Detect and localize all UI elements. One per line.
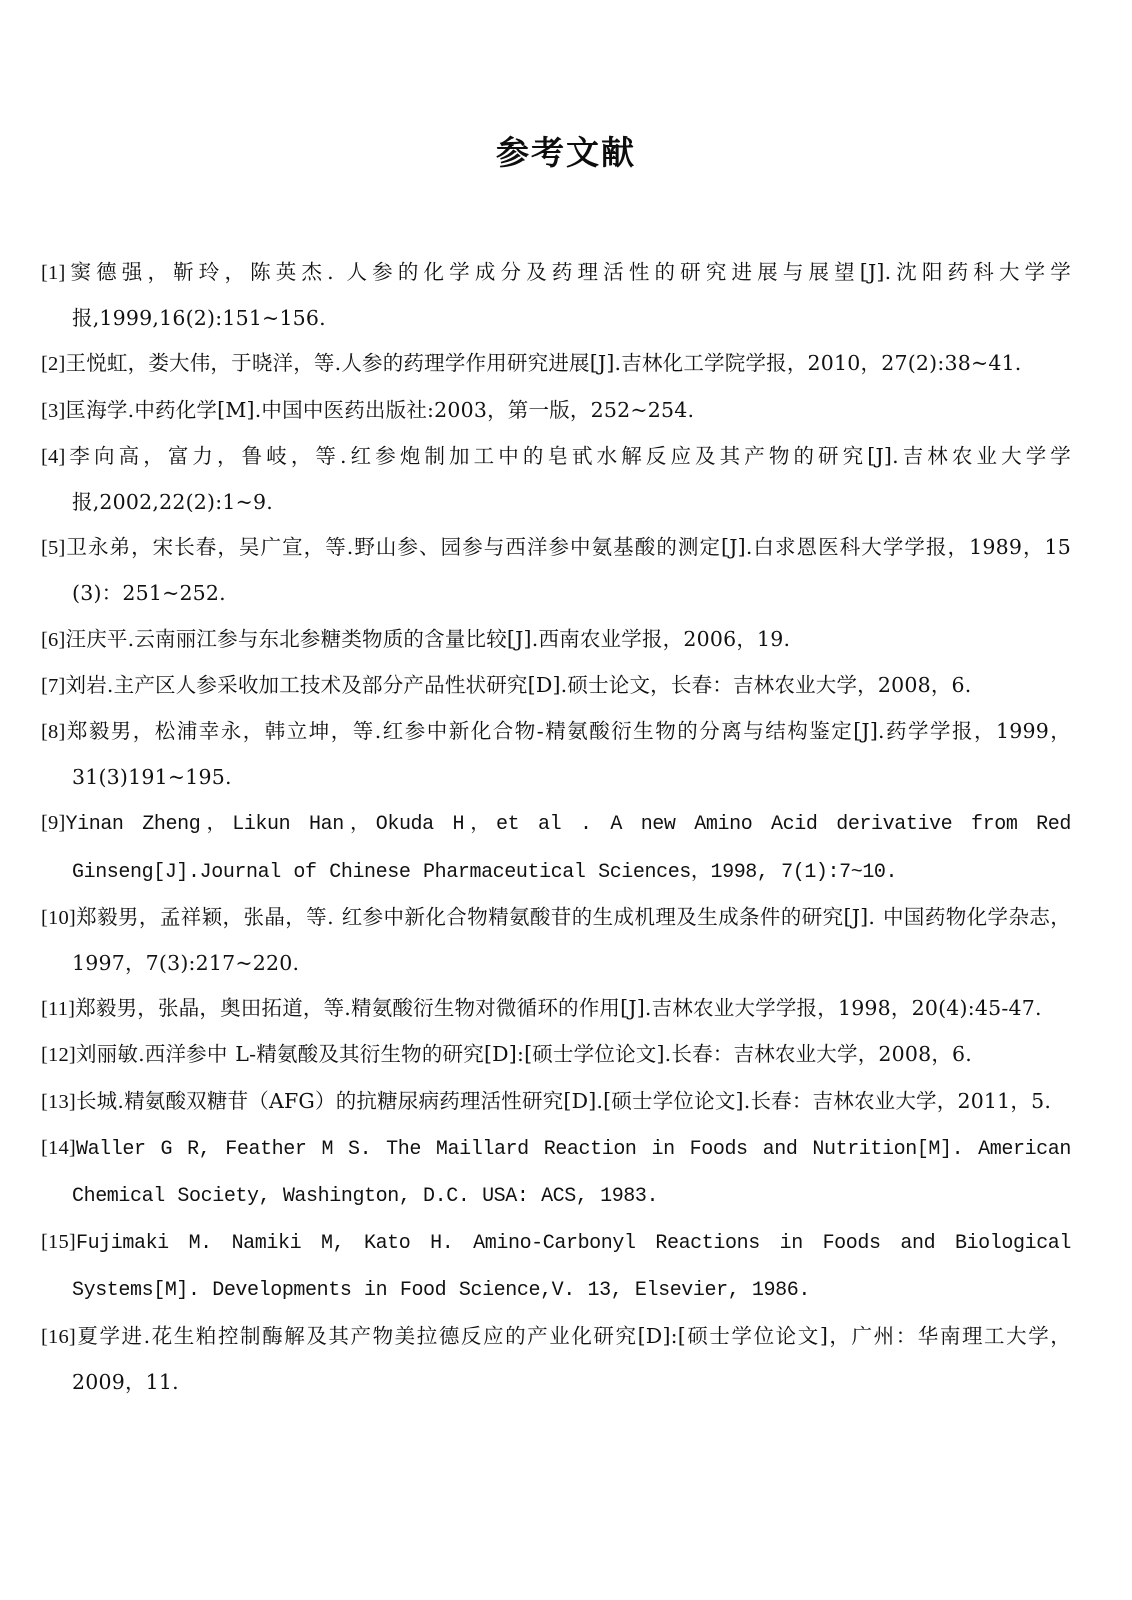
reference-item: [9]Yinan Zheng，Likun Han，Okuda H，et al .… bbox=[41, 800, 1071, 894]
reference-item: [10]郑毅男，孟祥颖，张晶，等. 红参中新化合物精氨酸苷的生成机理及生成条件的… bbox=[41, 895, 1071, 986]
reference-number: [1] bbox=[41, 262, 66, 284]
reference-item: [6]汪庆平.云南丽江参与东北参糖类物质的含量比较[J].西南农业学报，2006… bbox=[41, 617, 1071, 663]
page-title: 参考文献 bbox=[0, 130, 1132, 176]
reference-text: 汪庆平.云南丽江参与东北参糖类物质的含量比较[J].西南农业学报，2006，19… bbox=[66, 627, 791, 651]
reference-item: [3]匡海学.中药化学[M].中国中医药出版社:2003，第一版，252~254… bbox=[41, 388, 1071, 434]
reference-text: 郑毅男，孟祥颖，张晶，等. 红参中新化合物精氨酸苷的生成机理及生成条件的研究[J… bbox=[72, 905, 1071, 975]
reference-text: 匡海学.中药化学[M].中国中医药出版社:2003，第一版，252~254. bbox=[66, 398, 695, 422]
reference-text: 李向高，富力，鲁岐，等.红参炮制加工中的皂甙水解反应及其产物的研究[J].吉林农… bbox=[66, 444, 1071, 514]
reference-text: 夏学进.花生粕控制酶解及其产物美拉德反应的产业化研究[D]:[硕士学位论文]，广… bbox=[72, 1324, 1071, 1394]
reference-text: 刘丽敏.西洋参中 L-精氨酸及其衍生物的研究[D]:[硕士学位论文].长春：吉林… bbox=[76, 1042, 972, 1066]
reference-text: 刘岩.主产区人参采收加工技术及部分产品性状研究[D].硕士论文，长春：吉林农业大… bbox=[66, 673, 972, 697]
reference-number: [8] bbox=[41, 721, 66, 743]
reference-item: [11]郑毅男，张晶，奥田拓道，等.精氨酸衍生物对微循环的作用[J].吉林农业大… bbox=[41, 986, 1071, 1032]
reference-item: [15]Fujimaki M. Namiki M, Kato H. Amino-… bbox=[41, 1219, 1071, 1313]
reference-item: [2]王悦虹，娄大伟，于晓洋，等.人参的药理学作用研究进展[J].吉林化工学院学… bbox=[41, 341, 1071, 387]
reference-number: [12] bbox=[41, 1044, 76, 1066]
reference-item: [13]长城.精氨酸双糖苷（AFG）的抗糖尿病药理活性研究[D].[硕士学位论文… bbox=[41, 1079, 1071, 1125]
reference-number: [10] bbox=[41, 907, 76, 929]
reference-text: Fujimaki M. Namiki M, Kato H. Amino-Carb… bbox=[72, 1232, 1071, 1302]
reference-text: 王悦虹，娄大伟，于晓洋，等.人参的药理学作用研究进展[J].吉林化工学院学报，2… bbox=[66, 351, 1022, 375]
reference-item: [7]刘岩.主产区人参采收加工技术及部分产品性状研究[D].硕士论文，长春：吉林… bbox=[41, 663, 1071, 709]
reference-number: [6] bbox=[41, 629, 66, 651]
reference-text: Waller G R, Feather M S. The Maillard Re… bbox=[72, 1138, 1071, 1208]
reference-text: 郑毅男，松浦幸永，韩立坤，等.红参中新化合物-精氨酸衍生物的分离与结构鉴定[J]… bbox=[66, 719, 1071, 789]
reference-number: [11] bbox=[41, 998, 75, 1020]
reference-text: Yinan Zheng，Likun Han，Okuda H，et al . A … bbox=[66, 813, 1071, 883]
reference-number: [2] bbox=[41, 353, 66, 375]
reference-number: [16] bbox=[41, 1326, 76, 1348]
reference-item: [5]卫永弟，宋长春，吴广宣，等.野山参、园参与西洋参中氨基酸的测定[J].白求… bbox=[41, 525, 1071, 616]
reference-number: [9] bbox=[41, 812, 66, 834]
reference-item: [8]郑毅男，松浦幸永，韩立坤，等.红参中新化合物-精氨酸衍生物的分离与结构鉴定… bbox=[41, 709, 1071, 800]
reference-list: [1]窦德强，靳玲，陈英杰. 人参的化学成分及药理活性的研究进展与展望[J].沈… bbox=[41, 250, 1071, 1405]
document-page: 参考文献 [1]窦德强，靳玲，陈英杰. 人参的化学成分及药理活性的研究进展与展望… bbox=[0, 0, 1132, 1600]
reference-number: [15] bbox=[41, 1231, 76, 1253]
reference-text: 长城.精氨酸双糖苷（AFG）的抗糖尿病药理活性研究[D].[硕士学位论文].长春… bbox=[76, 1089, 1051, 1113]
reference-number: [4] bbox=[41, 446, 66, 468]
reference-number: [13] bbox=[41, 1091, 76, 1113]
reference-text: 郑毅男，张晶，奥田拓道，等.精氨酸衍生物对微循环的作用[J].吉林农业大学学报，… bbox=[75, 996, 1041, 1020]
reference-item: [14]Waller G R, Feather M S. The Maillar… bbox=[41, 1125, 1071, 1219]
reference-item: [4]李向高，富力，鲁岐，等.红参炮制加工中的皂甙水解反应及其产物的研究[J].… bbox=[41, 434, 1071, 525]
reference-number: [5] bbox=[41, 537, 66, 559]
reference-text: 卫永弟，宋长春，吴广宣，等.野山参、园参与西洋参中氨基酸的测定[J].白求恩医科… bbox=[66, 535, 1071, 605]
reference-item: [1]窦德强，靳玲，陈英杰. 人参的化学成分及药理活性的研究进展与展望[J].沈… bbox=[41, 250, 1071, 341]
reference-number: [7] bbox=[41, 675, 66, 697]
reference-number: [14] bbox=[41, 1137, 76, 1159]
reference-item: [12]刘丽敏.西洋参中 L-精氨酸及其衍生物的研究[D]:[硕士学位论文].长… bbox=[41, 1032, 1071, 1078]
reference-text: 窦德强，靳玲，陈英杰. 人参的化学成分及药理活性的研究进展与展望[J].沈阳药科… bbox=[66, 260, 1071, 330]
reference-number: [3] bbox=[41, 400, 66, 422]
reference-item: [16]夏学进.花生粕控制酶解及其产物美拉德反应的产业化研究[D]:[硕士学位论… bbox=[41, 1314, 1071, 1405]
